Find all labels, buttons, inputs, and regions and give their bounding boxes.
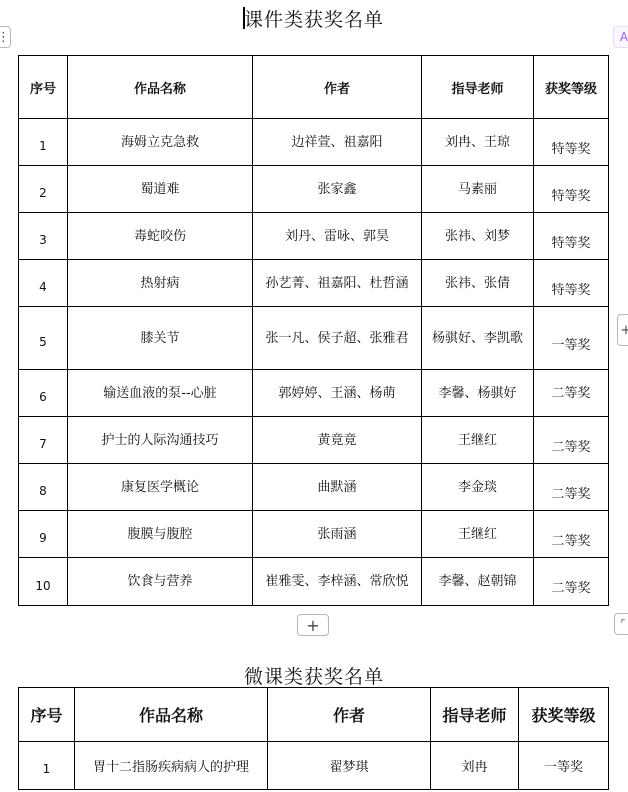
cell-authors[interactable]: 曲默涵 (253, 464, 422, 511)
cell-advisor[interactable]: 王继红 (422, 511, 534, 558)
cell-work-name[interactable]: 输送血液的泵--心脏 (68, 370, 253, 417)
header-authors: 作者 (253, 56, 422, 119)
header-advisor: 指导老师 (431, 688, 519, 742)
header-work-name: 作品名称 (68, 56, 253, 119)
header-authors: 作者 (268, 688, 431, 742)
cell-work-name[interactable]: 胃十二指肠疾病病人的护理 (75, 742, 268, 790)
header-work-name: 作品名称 (75, 688, 268, 742)
cell-work-name[interactable]: 海姆立克急救 (68, 119, 253, 166)
cell-no[interactable]: 1 (19, 119, 68, 166)
cell-award-level[interactable]: 二等奖 (534, 558, 609, 606)
table-row: 10 饮食与营养 崔雅雯、李梓涵、常欣悦 李馨、赵朝锦 二等奖 (19, 558, 609, 606)
header-advisor: 指导老师 (422, 56, 534, 119)
cell-advisor[interactable]: 刘冉、王琼 (422, 119, 534, 166)
cell-advisor[interactable]: 张祎、张倩 (422, 260, 534, 307)
cell-no[interactable]: 5 (19, 307, 68, 370)
cell-no[interactable]: 4 (19, 260, 68, 307)
cell-no[interactable]: 1 (19, 742, 75, 790)
cell-authors[interactable]: 张雨涵 (253, 511, 422, 558)
cell-advisor[interactable]: 李馨、杨骐好 (422, 370, 534, 417)
cell-authors[interactable]: 崔雅雯、李梓涵、常欣悦 (253, 558, 422, 606)
header-no: 序号 (19, 56, 68, 119)
cell-advisor[interactable]: 刘冉 (431, 742, 519, 790)
cell-no[interactable]: 3 (19, 213, 68, 260)
table-header-row: 序号 作品名称 作者 指导老师 获奖等级 (19, 56, 609, 119)
add-row-button[interactable]: + (297, 614, 329, 636)
cell-work-name[interactable]: 毒蛇咬伤 (68, 213, 253, 260)
ai-assistant-button[interactable]: A (613, 26, 628, 48)
cell-no[interactable]: 9 (19, 511, 68, 558)
microlecture-awards-table: 序号 作品名称 作者 指导老师 获奖等级 1 胃十二指肠疾病病人的护理 翟梦琪 … (18, 687, 609, 790)
cell-no[interactable]: 7 (19, 417, 68, 464)
cell-award-level[interactable]: 特等奖 (534, 119, 609, 166)
cell-work-name[interactable]: 饮食与营养 (68, 558, 253, 606)
cell-award-level[interactable]: 二等奖 (534, 370, 609, 417)
cell-no[interactable]: 8 (19, 464, 68, 511)
cell-authors[interactable]: 张家鑫 (253, 166, 422, 213)
cell-work-name[interactable]: 护士的人际沟通技巧 (68, 417, 253, 464)
cell-authors[interactable]: 翟梦琪 (268, 742, 431, 790)
drag-handle-icon[interactable]: ⋮ (0, 26, 11, 48)
header-award-level: 获奖等级 (519, 688, 609, 742)
cell-advisor[interactable]: 李馨、赵朝锦 (422, 558, 534, 606)
cell-advisor[interactable]: 李金琰 (422, 464, 534, 511)
table-row: 1 海姆立克急救 边祥萱、祖嘉阳 刘冉、王琼 特等奖 (19, 119, 609, 166)
table-row: 9 腹膜与腹腔 张雨涵 王继红 二等奖 (19, 511, 609, 558)
cell-advisor[interactable]: 马素丽 (422, 166, 534, 213)
table-row: 2 蜀道难 张家鑫 马素丽 特等奖 (19, 166, 609, 213)
cell-authors[interactable]: 孙艺菁、祖嘉阳、杜哲涵 (253, 260, 422, 307)
table-row: 5 膝关节 张一凡、侯子超、张雅君 杨骐好、李凯歌 一等奖 (19, 307, 609, 370)
cell-authors[interactable]: 黄竟竟 (253, 417, 422, 464)
cell-award-level[interactable]: 一等奖 (519, 742, 609, 790)
cell-work-name[interactable]: 康复医学概论 (68, 464, 253, 511)
cell-award-level[interactable]: 特等奖 (534, 260, 609, 307)
cell-authors[interactable]: 边祥萱、祖嘉阳 (253, 119, 422, 166)
cell-no[interactable]: 2 (19, 166, 68, 213)
cell-work-name[interactable]: 热射病 (68, 260, 253, 307)
cell-award-level[interactable]: 二等奖 (534, 511, 609, 558)
cell-award-level[interactable]: 特等奖 (534, 166, 609, 213)
header-no: 序号 (19, 688, 75, 742)
cell-work-name[interactable]: 蜀道难 (68, 166, 253, 213)
table-row: 7 护士的人际沟通技巧 黄竟竟 王继红 二等奖 (19, 417, 609, 464)
courseware-awards-table: 序号 作品名称 作者 指导老师 获奖等级 1 海姆立克急救 边祥萱、祖嘉阳 刘冉… (18, 55, 609, 606)
header-award-level: 获奖等级 (534, 56, 609, 119)
table-row: 4 热射病 孙艺菁、祖嘉阳、杜哲涵 张祎、张倩 特等奖 (19, 260, 609, 307)
table-row: 6 输送血液的泵--心脏 郭婷婷、王涵、杨萌 李馨、杨骐好 二等奖 (19, 370, 609, 417)
cell-authors[interactable]: 刘丹、雷咏、郭昊 (253, 213, 422, 260)
cell-award-level[interactable]: 特等奖 (534, 213, 609, 260)
cell-award-level[interactable]: 二等奖 (534, 417, 609, 464)
title-courseware-awards: 课件类获奖名单 (0, 5, 628, 32)
cell-authors[interactable]: 郭婷婷、王涵、杨萌 (253, 370, 422, 417)
cell-no[interactable]: 6 (19, 370, 68, 417)
cell-advisor[interactable]: 张祎、刘梦 (422, 213, 534, 260)
cell-advisor[interactable]: 王继红 (422, 417, 534, 464)
table-row: 3 毒蛇咬伤 刘丹、雷咏、郭昊 张祎、刘梦 特等奖 (19, 213, 609, 260)
table-header-row: 序号 作品名称 作者 指导老师 获奖等级 (19, 688, 609, 742)
title-microlecture-awards: 微课类获奖名单 (0, 662, 628, 689)
table-corner-icon[interactable]: ⌜ (614, 613, 628, 635)
cell-award-level[interactable]: 二等奖 (534, 464, 609, 511)
add-column-button[interactable]: + (617, 314, 628, 346)
cell-authors[interactable]: 张一凡、侯子超、张雅君 (253, 307, 422, 370)
cell-advisor[interactable]: 杨骐好、李凯歌 (422, 307, 534, 370)
text-cursor (243, 7, 245, 29)
cell-award-level[interactable]: 一等奖 (534, 307, 609, 370)
cell-work-name[interactable]: 膝关节 (68, 307, 253, 370)
cell-no[interactable]: 10 (19, 558, 68, 606)
table-row: 8 康复医学概论 曲默涵 李金琰 二等奖 (19, 464, 609, 511)
table-row: 1 胃十二指肠疾病病人的护理 翟梦琪 刘冉 一等奖 (19, 742, 609, 790)
cell-work-name[interactable]: 腹膜与腹腔 (68, 511, 253, 558)
